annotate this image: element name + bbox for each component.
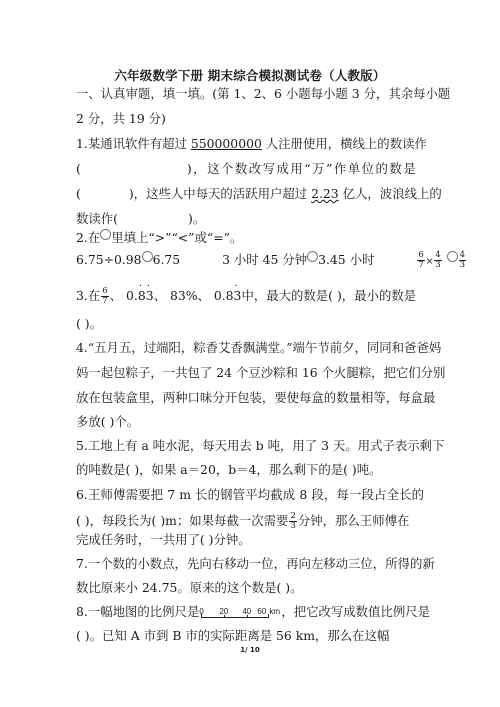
question-1-line2: ()，这个数改写成用“万”作单位的数是 <box>76 161 424 177</box>
question-8-line2: ( )。已知 A 市到 B 市的实际距离是 56 km，那么在这幅 <box>76 628 424 644</box>
section-heading-line1: 一、认真审题，填一填。(第 1、2、6 小题每小题 3 分，其余每小题 <box>76 86 424 102</box>
map-scale-bar: 0 20 40 60 km <box>199 604 281 620</box>
question-6-line2: ( )，每段长为( )m；如果每截一次需要23分钟，那么王师傅在 <box>76 512 424 531</box>
question-5-line1: 5.工地上有 a 吨水泥，每天用去 b 吨，用了 3 天。用式子表示剩下 <box>76 438 424 454</box>
compare-circle-icon[interactable] <box>100 229 111 240</box>
question-4-line1: 4.“五月五，过端阳，粽香艾香飘满堂。”端午节前夕，同同和爸爸妈 <box>76 340 424 356</box>
question-2-line1: 2.在里填上“>”“<”或“=”。 <box>76 229 424 246</box>
question-8-line1: 8.一幅地图的比例尺是 0 20 40 60 km ，把它改写成数值比例尺是 <box>76 604 424 620</box>
fraction: 67 <box>101 287 108 306</box>
fraction: 43 <box>459 251 466 270</box>
underlined-number: 550000000 <box>191 136 262 151</box>
page-number: 1/ 10 <box>0 646 500 654</box>
compare-circle-icon[interactable] <box>142 251 153 262</box>
question-1-line1: 1.某通讯软件有超过 550000000 人注册使用，横线上的数读作 <box>76 136 424 152</box>
compare-circle-icon[interactable] <box>307 251 318 262</box>
question-7-line1: 7.一个数的小数点，先向右移动一位，再向左移动三位，所得的新 <box>76 556 424 572</box>
question-1-line4: 数读作()。 <box>76 211 424 227</box>
question-4-line2: 妈一起包粽子，一共包了 24 个豆沙粽和 16 个火腿粽，把它们分别 <box>76 365 424 381</box>
document-title: 六年级数学下册 期末综合模拟测试卷（人教版） <box>0 66 500 84</box>
question-6-line1: 6.王师傅需要把 7 m 长的钢管平均截成 8 段，每一段占全长的 <box>76 487 424 503</box>
fraction: 67 <box>417 251 424 270</box>
repeating-digit: 3 <box>234 288 242 303</box>
question-1-line3: ()，这些人中每天的活跃用户超过 2.23 亿人，波浪线上的 <box>76 186 424 202</box>
question-5-line2: 的吨数是( )，如果 a＝20，b＝4，那么剩下的是( )吨。 <box>76 462 424 478</box>
wavy-underlined-number: 2.23 <box>311 186 339 201</box>
compare-circle-icon[interactable] <box>447 251 458 262</box>
repeating-digit: 8 <box>138 288 146 303</box>
question-7-line2: 数比原来小 24.75。原来的这个数是( )。 <box>76 580 424 596</box>
fraction: 43 <box>434 251 441 270</box>
question-4-line3: 放在包装盒里，两种口味分开包装，要使每盒的数量相等，每盒最 <box>76 390 424 406</box>
question-6-line3: 完成任务时，一共用了( )分钟。 <box>76 532 424 548</box>
exam-page: 六年级数学下册 期末综合模拟测试卷（人教版） 一、认真审题，填一填。(第 1、2… <box>0 0 500 707</box>
repeating-digit: 3 <box>146 288 154 303</box>
question-3-line1: 3.在67、 0.83、 83%、 0.83中，最大的数是( )，最小的数是 <box>76 287 424 306</box>
fraction: 23 <box>289 512 296 531</box>
question-3-line2: ( )。 <box>76 316 424 332</box>
question-4-line4: 多放( )个。 <box>76 414 424 430</box>
section-heading-line2: 2 分，共 19 分) <box>76 111 424 127</box>
question-2-comparisons: 6.75÷0.986.75 3 小时 45 分钟3.45 小时 67×43 43 <box>76 251 424 270</box>
